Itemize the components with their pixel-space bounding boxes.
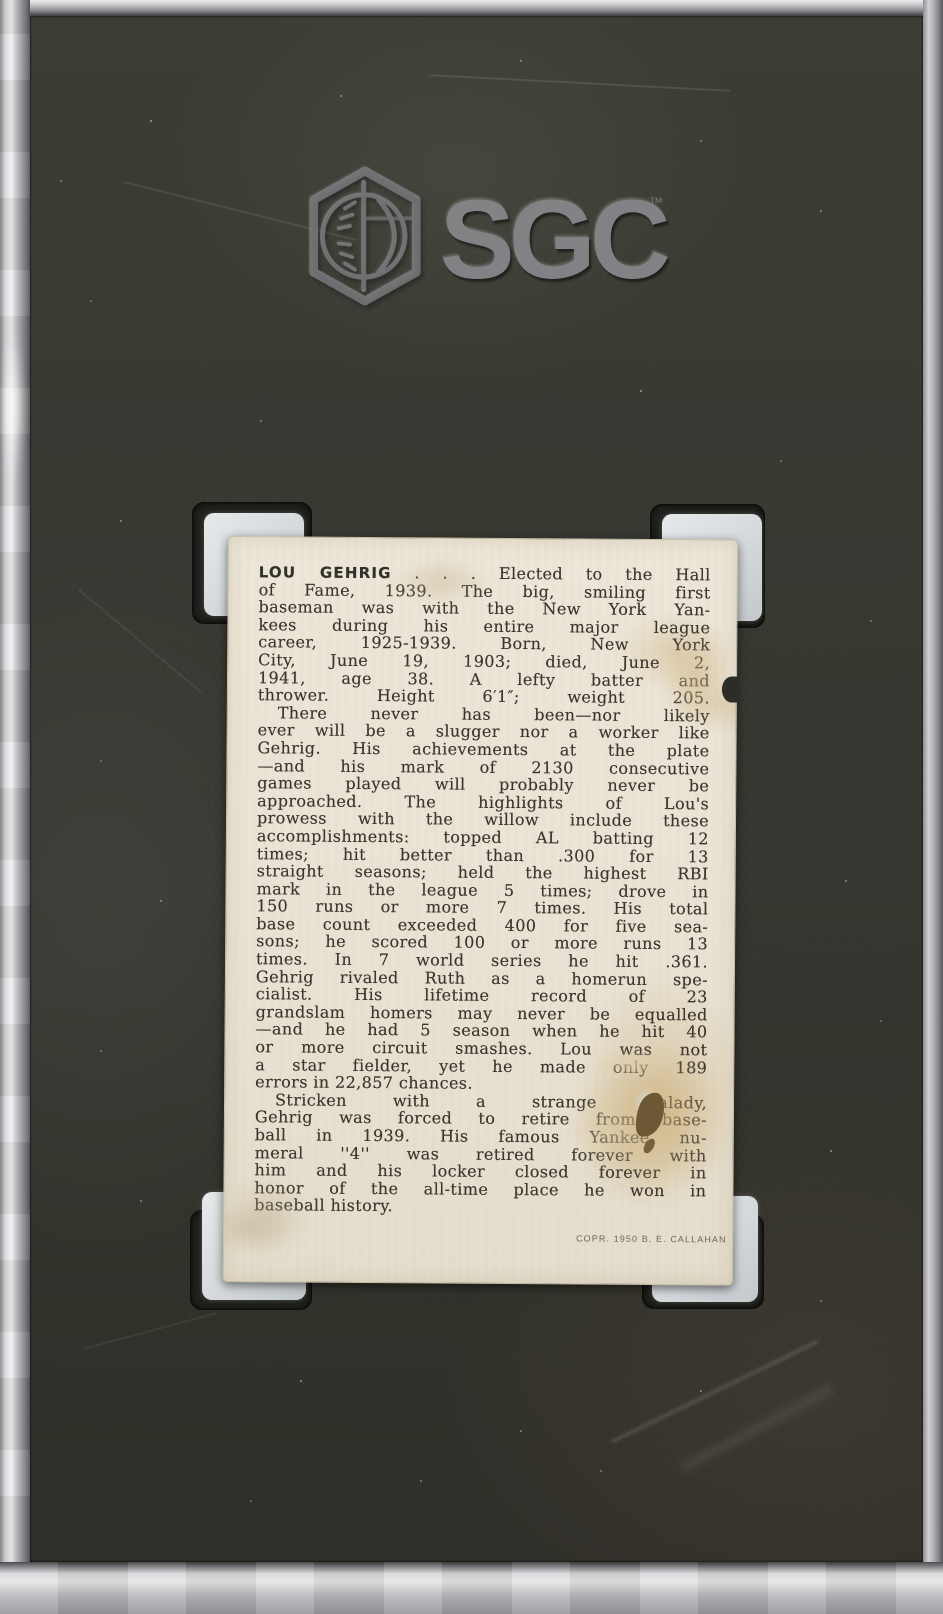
card-paragraph-1: of Fame, 1939. The big, smiling firstbas… <box>258 581 711 707</box>
trademark-symbol: ™ <box>649 194 663 210</box>
slab-edge-bottom <box>0 1562 943 1614</box>
graded-card-slab-photo: SGC ™ LOU GEHRIG . . . Elected to the Ha… <box>0 0 943 1614</box>
card-text-block: LOU GEHRIG . . . Elected to the Hall of … <box>254 563 711 1217</box>
sgc-brand-text: SGC <box>440 180 665 300</box>
card-edge-chip <box>722 676 738 702</box>
slab-edge-right <box>923 0 943 1614</box>
trading-card-back: LOU GEHRIG . . . Elected to the Hall of … <box>223 536 738 1286</box>
card-paragraph-2: There never has been—nor likelyever will… <box>255 704 710 1094</box>
sgc-logo: SGC ™ <box>295 160 675 310</box>
slab-edge-top <box>0 0 943 16</box>
card-title: LOU GEHRIG <box>259 563 392 582</box>
sgc-shield-icon <box>302 166 428 306</box>
card-copyright: COPR. 1950 B. E. CALLAHAN <box>576 1233 727 1244</box>
card-paragraph-3: Stricken with a strange malady,Gehrig wa… <box>254 1091 707 1217</box>
edge-reflection <box>2 330 24 480</box>
slab-edge-left <box>0 0 30 1614</box>
